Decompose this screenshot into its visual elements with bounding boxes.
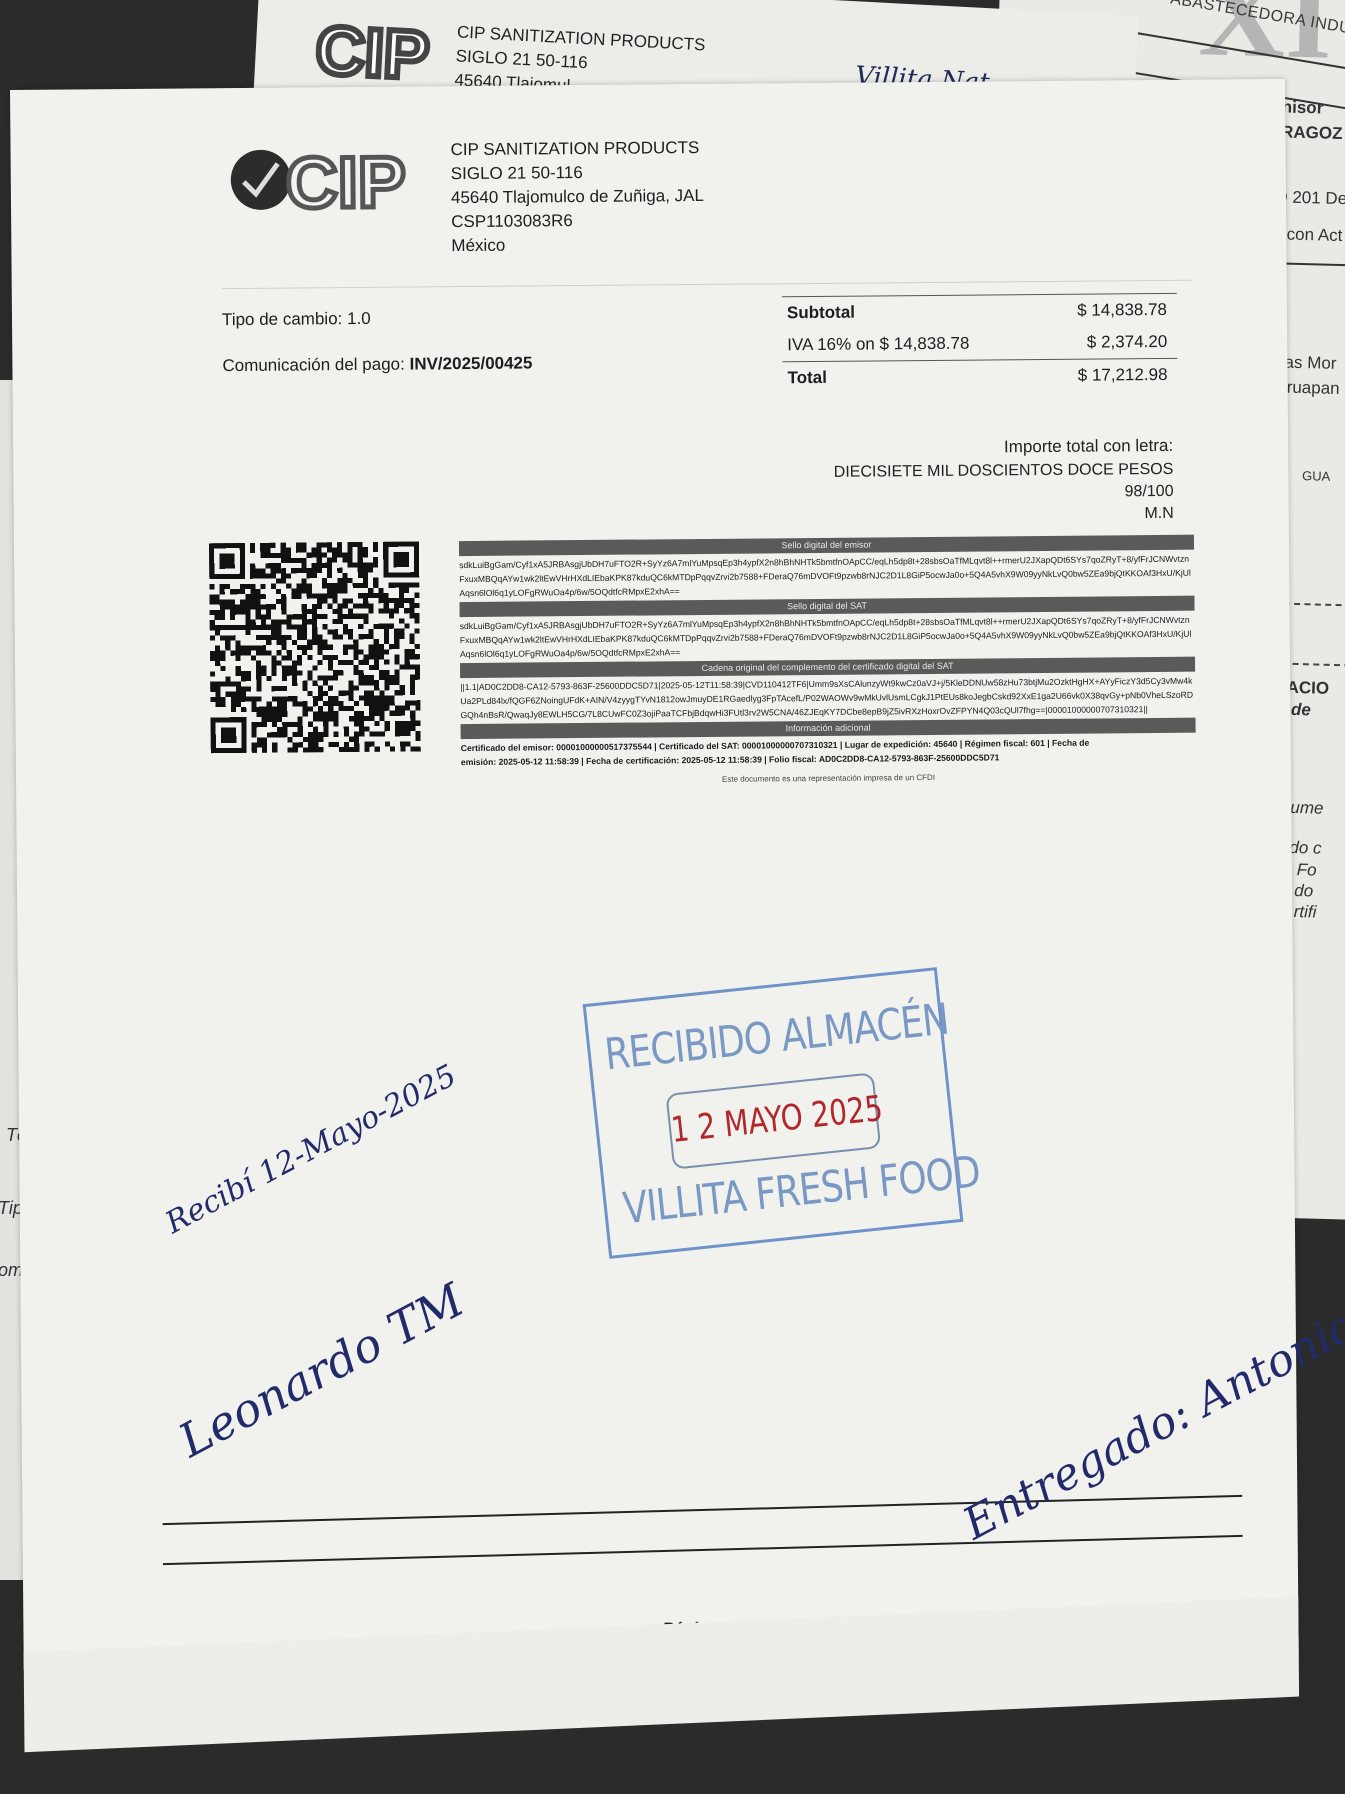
company-info: CIP SANITIZATION PRODUCTS SIGLO 21 50-11… [450, 136, 704, 258]
exchange-rate: Tipo de cambio: 1.0 [222, 307, 532, 330]
stamp-date-box: 1 2 MAYO 2025 [665, 1072, 881, 1169]
emisor-seal: sdkLuiBgGam/Cyf1xA5JRBAsgjUbDH7uFTO2R+Sy… [459, 550, 1194, 602]
cip-logo-icon: CIP [225, 136, 446, 218]
cfdi-block: Sello digital del emisor sdkLuiBgGam/Cyf… [459, 535, 1196, 786]
fragment: de [1291, 700, 1311, 721]
stamp-title: RECIBIDO ALMACÉN [603, 995, 951, 1080]
fragment: ume [1290, 798, 1324, 819]
fragment: ACIO [1286, 678, 1329, 699]
fragment: nisor [1281, 97, 1323, 118]
fragment: do c [1289, 838, 1322, 859]
dashed-divider [1282, 663, 1345, 668]
dashed-divider [1284, 603, 1345, 608]
company-country: México [451, 232, 704, 258]
svg-text:CIP: CIP [314, 13, 431, 90]
svg-text:CIP: CIP [285, 143, 406, 219]
fragment: Fo [1297, 860, 1317, 881]
cfdi-disclaimer: Este documento es una representación imp… [461, 771, 1196, 786]
totals-table: Subtotal $ 14,838.78 IVA 16% on $ 14,838… [782, 293, 1178, 394]
total-row: Total $ 17,212.98 [782, 359, 1177, 394]
company-city: 45640 Tlajomulco de Zuñiga, JAL [451, 184, 704, 210]
page-number: Página: 2 de 2 [663, 1618, 777, 1639]
fragment: GUA [1302, 468, 1331, 484]
additional-info: Certificado del emisor: 0000100000051737… [461, 733, 1196, 771]
fragment: rtifi [1293, 902, 1316, 923]
cip-logo-icon: CIP [314, 13, 447, 90]
company-rfc: CSP1103083R6 [451, 208, 704, 234]
fragment: RAGOZ [1281, 122, 1343, 144]
sat-seal: sdkLuiBgGam/Cyf1xA5JRBAsgjUbDH7uFTO2R+Sy… [460, 611, 1195, 663]
signature-line [163, 1535, 1243, 1565]
subtotal-row: Subtotal $ 14,838.78 [782, 294, 1177, 329]
original-chain: ||1.1|AD0C2DD8-CA12-5793-863F-25600DDC5D… [460, 672, 1195, 724]
invoice-meta: Tipo de cambio: 1.0 Comunicación del pag… [222, 307, 533, 402]
divider [222, 280, 1192, 289]
tax-row: IVA 16% on $ 14,838.78 $ 2,374.20 [782, 326, 1177, 361]
fragment: do [1294, 881, 1313, 901]
payment-reference: Comunicación del pago: INV/2025/00425 [222, 353, 532, 376]
company-name: CIP SANITIZATION PRODUCTS [450, 136, 703, 162]
company-street: SIGLO 21 50-116 [451, 160, 704, 186]
signature-line [163, 1495, 1243, 1525]
qr-code-icon [209, 541, 421, 753]
amount-in-words: Importe total con letra: DIECISIETE MIL … [783, 435, 1174, 528]
received-stamp: RECIBIDO ALMACÉN 1 2 MAYO 2025 VILLITA F… [583, 967, 964, 1259]
stamp-date: 1 2 MAYO 2025 [669, 1088, 877, 1150]
